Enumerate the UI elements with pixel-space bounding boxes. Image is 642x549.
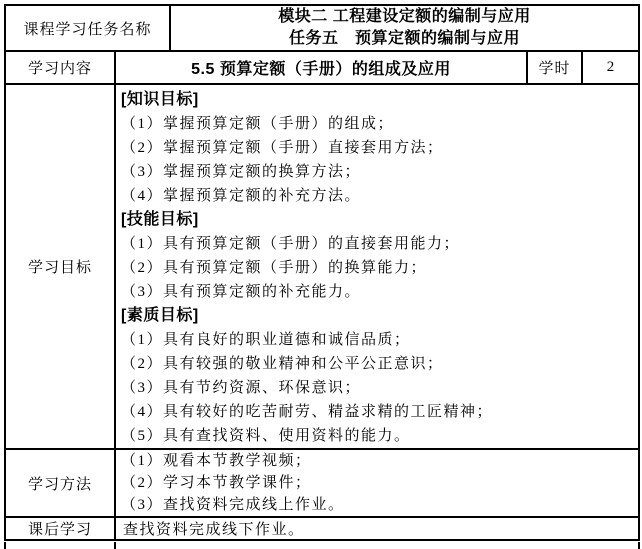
- after-class-label: 课后学习: [5, 517, 115, 540]
- objectives-label: 学习目标: [5, 84, 115, 449]
- section-heading-skill: [技能目标]: [121, 208, 634, 232]
- objective-item: （3）具有节约资源、环保意识；: [121, 376, 634, 400]
- objective-item: （4）具有较好的吃苦耐劳、精益求精的工匠精神；: [121, 400, 634, 424]
- section-heading-quality: [素质目标]: [121, 304, 634, 328]
- learning-content-title: 5.5 预算定额（手册）的组成及应用: [115, 51, 527, 84]
- objective-item: （2）具有预算定额（手册）的换算能力；: [121, 256, 634, 280]
- method-item: （2）学习本节教学课件；: [121, 472, 634, 494]
- table-edge-stub-left: [4, 542, 6, 549]
- learning-content-label: 学习内容: [5, 51, 115, 84]
- objectives-content: [知识目标] （1）掌握预算定额（手册）的组成； （2）掌握预算定额（手册）直接…: [115, 84, 639, 449]
- objective-item: （2）具有较强的敬业精神和公平公正意识；: [121, 352, 634, 376]
- module-title: 模块二 工程建设定额的编制与应用: [171, 6, 638, 28]
- hours-label: 学时: [527, 51, 582, 84]
- task-name-value: 模块二 工程建设定额的编制与应用 任务五 预算定额的编制与应用: [170, 5, 639, 51]
- method-item: （3）查找资料完成线上作业。: [121, 494, 634, 516]
- methods-label: 学习方法: [5, 449, 115, 517]
- method-item: （1）观看本节教学视频；: [121, 450, 634, 472]
- objective-item: （1）掌握预算定额（手册）的组成；: [121, 112, 634, 136]
- objective-item: （1）具有良好的职业道德和诚信品质；: [121, 328, 634, 352]
- hours-value: 2: [582, 51, 639, 84]
- section-heading-knowledge: [知识目标]: [121, 88, 634, 112]
- course-task-sheet: 课程学习任务名称 模块二 工程建设定额的编制与应用 任务五 预算定额的编制与应用…: [0, 0, 642, 549]
- objective-item: （5）具有查找资料、使用资料的能力。: [121, 424, 634, 448]
- objective-item: （2）掌握预算定额（手册）直接套用方法；: [121, 136, 634, 160]
- task-title: 任务五 预算定额的编制与应用: [171, 28, 638, 50]
- methods-content: （1）观看本节教学视频； （2）学习本节教学课件； （3）查找资料完成线上作业。: [115, 449, 639, 517]
- table-edge-stub-divider: [114, 542, 116, 549]
- after-class-content: 查找资料完成线下作业。: [115, 517, 639, 540]
- task-name-label: 课程学习任务名称: [5, 5, 170, 51]
- objective-item: （4）掌握预算定额的补充方法。: [121, 184, 634, 208]
- task-table: 课程学习任务名称 模块二 工程建设定额的编制与应用 任务五 预算定额的编制与应用…: [4, 4, 640, 541]
- objective-item: （3）具有预算定额的补充能力。: [121, 280, 634, 304]
- objective-item: （1）具有预算定额（手册）的直接套用能力；: [121, 232, 634, 256]
- objective-item: （3）掌握预算定额的换算方法；: [121, 160, 634, 184]
- table-edge-stub-right: [638, 542, 640, 549]
